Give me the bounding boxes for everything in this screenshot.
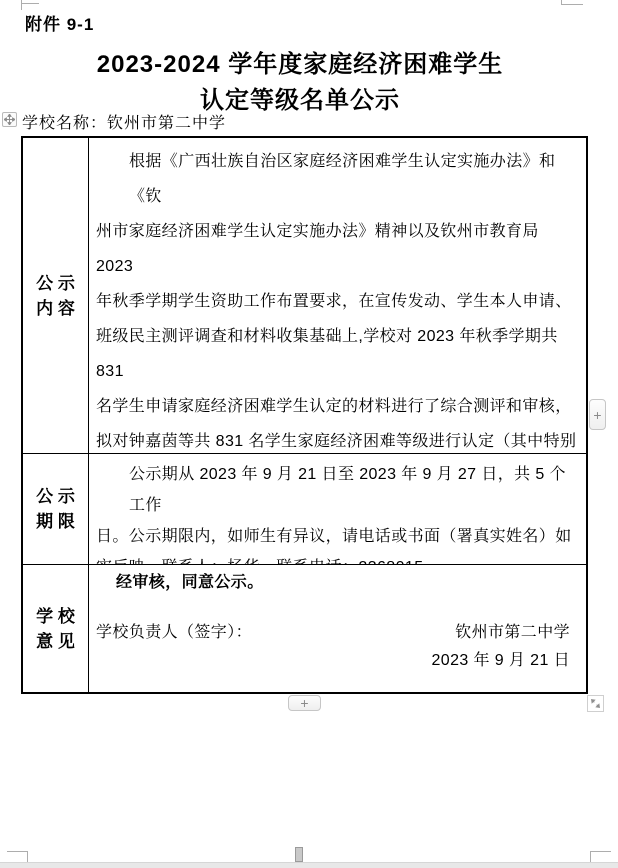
- plus-icon: +: [300, 696, 308, 710]
- content-line: 公示期从 2023 年 9 月 21 日至 2023 年 9 月 27 日，共 …: [96, 459, 580, 521]
- document-page: 附件 9-1 2023-2024 学年度家庭经济困难学生 认定等级名单公示 学校…: [0, 0, 618, 868]
- crop-mark-top-right: [561, 4, 583, 5]
- document-title-line1: 2023-2024 学年度家庭经济困难学生: [0, 44, 600, 79]
- content-line: 日。公示期限内，如师生有异议，请电话或书面（署真实姓名）如: [96, 521, 580, 552]
- page-break-handle[interactable]: [295, 847, 303, 862]
- move-icon: [4, 114, 15, 125]
- row-label-school-opinion: 学 校 意 见: [23, 565, 89, 692]
- school-signature: 钦州市第二中学: [455, 619, 570, 647]
- table-move-handle[interactable]: [2, 112, 17, 127]
- content-line: 名学生申请家庭经济困难学生认定的材料进行了综合测评和审核，: [96, 389, 580, 424]
- attachment-label: 附件 9-1: [25, 10, 94, 35]
- signature-date: 2023 年 9 月 21 日: [96, 647, 570, 675]
- approval-line: 经审核，同意公示。: [96, 569, 570, 597]
- content-line: 实反映。联系人：杨华，联系电话：2368015: [96, 552, 580, 565]
- row-label-text: 公 示: [36, 484, 75, 509]
- row-label-text: 学 校: [36, 604, 75, 629]
- row-label-public-content: 公 示 内 容: [23, 138, 89, 454]
- table-resize-handle[interactable]: [587, 695, 604, 712]
- resize-diagonal-icon: [590, 698, 601, 709]
- add-row-button[interactable]: +: [288, 695, 321, 711]
- crop-mark-bottom-right: [590, 851, 591, 862]
- row-label-text: 内 容: [36, 296, 75, 321]
- signer-label: 学校负责人（签字）：: [96, 619, 252, 647]
- crop-mark-bottom-left: [7, 851, 28, 852]
- content-line: 州市家庭经济困难学生认定实施办法》精神以及钦州市教育局 2023: [96, 214, 580, 284]
- notice-table: 公 示 内 容 根据《广西壮族自治区家庭经济困难学生认定实施办法》和《钦 州市家…: [21, 136, 588, 694]
- row-label-text: 公 示: [36, 271, 75, 296]
- public-period-cell[interactable]: 公示期从 2023 年 9 月 21 日至 2023 年 9 月 27 日，共 …: [89, 454, 586, 565]
- row-label-text: 期 限: [36, 509, 75, 534]
- content-line: 年秋季学期学生资助工作布置要求，在宣传发动、学生本人申请、: [96, 284, 580, 319]
- crop-mark-bottom-left: [27, 851, 28, 862]
- crop-mark-bottom-right: [590, 851, 611, 852]
- school-opinion-cell[interactable]: 经审核，同意公示。 学校负责人（签字）： 钦州市第二中学 2023 年 9 月 …: [89, 565, 586, 692]
- content-line: 根据《广西壮族自治区家庭经济困难学生认定实施办法》和《钦: [96, 144, 580, 214]
- content-line: 班级民主测评调查和材料收集基础上,学校对 2023 年秋季学期共 831: [96, 319, 580, 389]
- row-label-text: 意 见: [36, 629, 75, 654]
- add-column-button[interactable]: +: [589, 399, 606, 430]
- plus-icon: +: [593, 408, 601, 422]
- school-name-line: 学校名称：钦州市第二中学: [22, 110, 226, 133]
- row-label-public-period: 公 示 期 限: [23, 454, 89, 565]
- content-line: 拟对钟嘉茵等共 831 名学生家庭经济困难等级进行认定（其中特别: [96, 424, 580, 454]
- page-gap: [0, 862, 618, 868]
- crop-mark-top-left: [21, 0, 22, 10]
- crop-mark-top-left: [21, 3, 39, 4]
- public-content-cell[interactable]: 根据《广西壮族自治区家庭经济困难学生认定实施办法》和《钦 州市家庭经济困难学生认…: [89, 138, 586, 454]
